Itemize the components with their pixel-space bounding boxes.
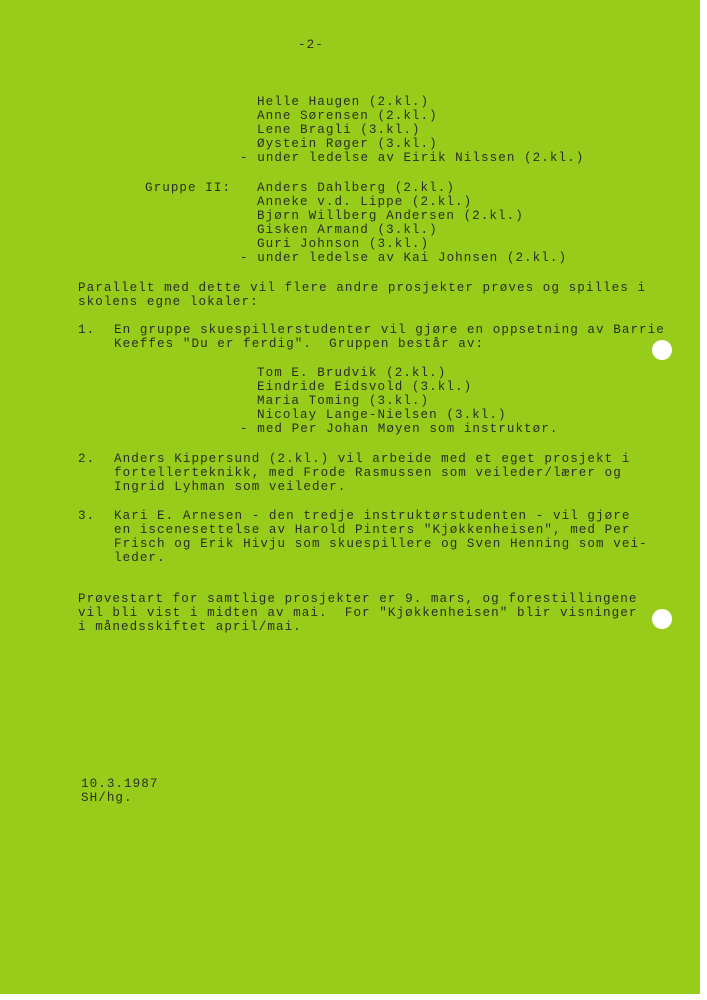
- closing-paragraph-line: Prøvestart for samtlige prosjekter er 9.…: [78, 592, 638, 606]
- punch-hole: [652, 340, 672, 360]
- parallel-paragraph-line: skolens egne lokaler:: [78, 295, 259, 309]
- project-3-line: en iscenesettelse av Harold Pinters "Kjø…: [114, 523, 630, 537]
- project-1-number: 1.: [78, 323, 95, 337]
- group1-member: Øystein Røger (3.kl.): [257, 137, 438, 151]
- project-3-number: 3.: [78, 509, 95, 523]
- project-1-member: Eindride Eidsvold (3.kl.): [257, 380, 472, 394]
- punch-hole: [652, 609, 672, 629]
- project-1-member: Nicolay Lange-Nielsen (3.kl.): [257, 408, 507, 422]
- page-number: -2-: [298, 38, 324, 52]
- group2-member: Bjørn Willberg Andersen (2.kl.): [257, 209, 524, 223]
- parallel-paragraph-line: Parallelt med dette vil flere andre pros…: [78, 281, 646, 295]
- project-3-line: Kari E. Arnesen - den tredje instruktørs…: [114, 509, 630, 523]
- project-2-line: Ingrid Lyhman som veileder.: [114, 480, 346, 494]
- group2-member: Anneke v.d. Lippe (2.kl.): [257, 195, 472, 209]
- project-3-line: leder.: [114, 551, 166, 565]
- project-2-number: 2.: [78, 452, 95, 466]
- project-1-member: Tom E. Brudvik (2.kl.): [257, 366, 446, 380]
- project-3-line: Frisch og Erik Hivju som skuespillere og…: [114, 537, 648, 551]
- project-2-line: fortellerteknikk, med Frode Rasmussen so…: [114, 466, 622, 480]
- project-1-line: En gruppe skuespillerstudenter vil gjøre…: [114, 323, 665, 337]
- group2-member: Guri Johnson (3.kl.): [257, 237, 429, 251]
- project-1-member: Maria Toming (3.kl.): [257, 394, 429, 408]
- group1-leader: - under ledelse av Eirik Nilssen (2.kl.): [240, 151, 584, 165]
- author-initials: SH/hg.: [81, 791, 133, 805]
- project-2-line: Anders Kippersund (2.kl.) vil arbeide me…: [114, 452, 630, 466]
- page-edge: [0, 994, 707, 1000]
- project-1-instructor: - med Per Johan Møyen som instruktør.: [240, 422, 558, 436]
- group2-member: Anders Dahlberg (2.kl.): [257, 181, 455, 195]
- group2-leader: - under ledelse av Kai Johnsen (2.kl.): [240, 251, 567, 265]
- group2-member: Gisken Armand (3.kl.): [257, 223, 438, 237]
- document-date: 10.3.1987: [81, 777, 158, 791]
- group2-label: Gruppe II:: [145, 181, 231, 195]
- group1-member: Anne Sørensen (2.kl.): [257, 109, 438, 123]
- project-1-line: Keeffes "Du er ferdig". Gruppen består a…: [114, 337, 484, 351]
- document-page: -2- Helle Haugen (2.kl.) Anne Sørensen (…: [0, 0, 700, 994]
- closing-paragraph-line: i månedsskiftet april/mai.: [78, 620, 302, 634]
- group1-member: Lene Bragli (3.kl.): [257, 123, 421, 137]
- closing-paragraph-line: vil bli vist i midten av mai. For "Kjøkk…: [78, 606, 638, 620]
- group1-member: Helle Haugen (2.kl.): [257, 95, 429, 109]
